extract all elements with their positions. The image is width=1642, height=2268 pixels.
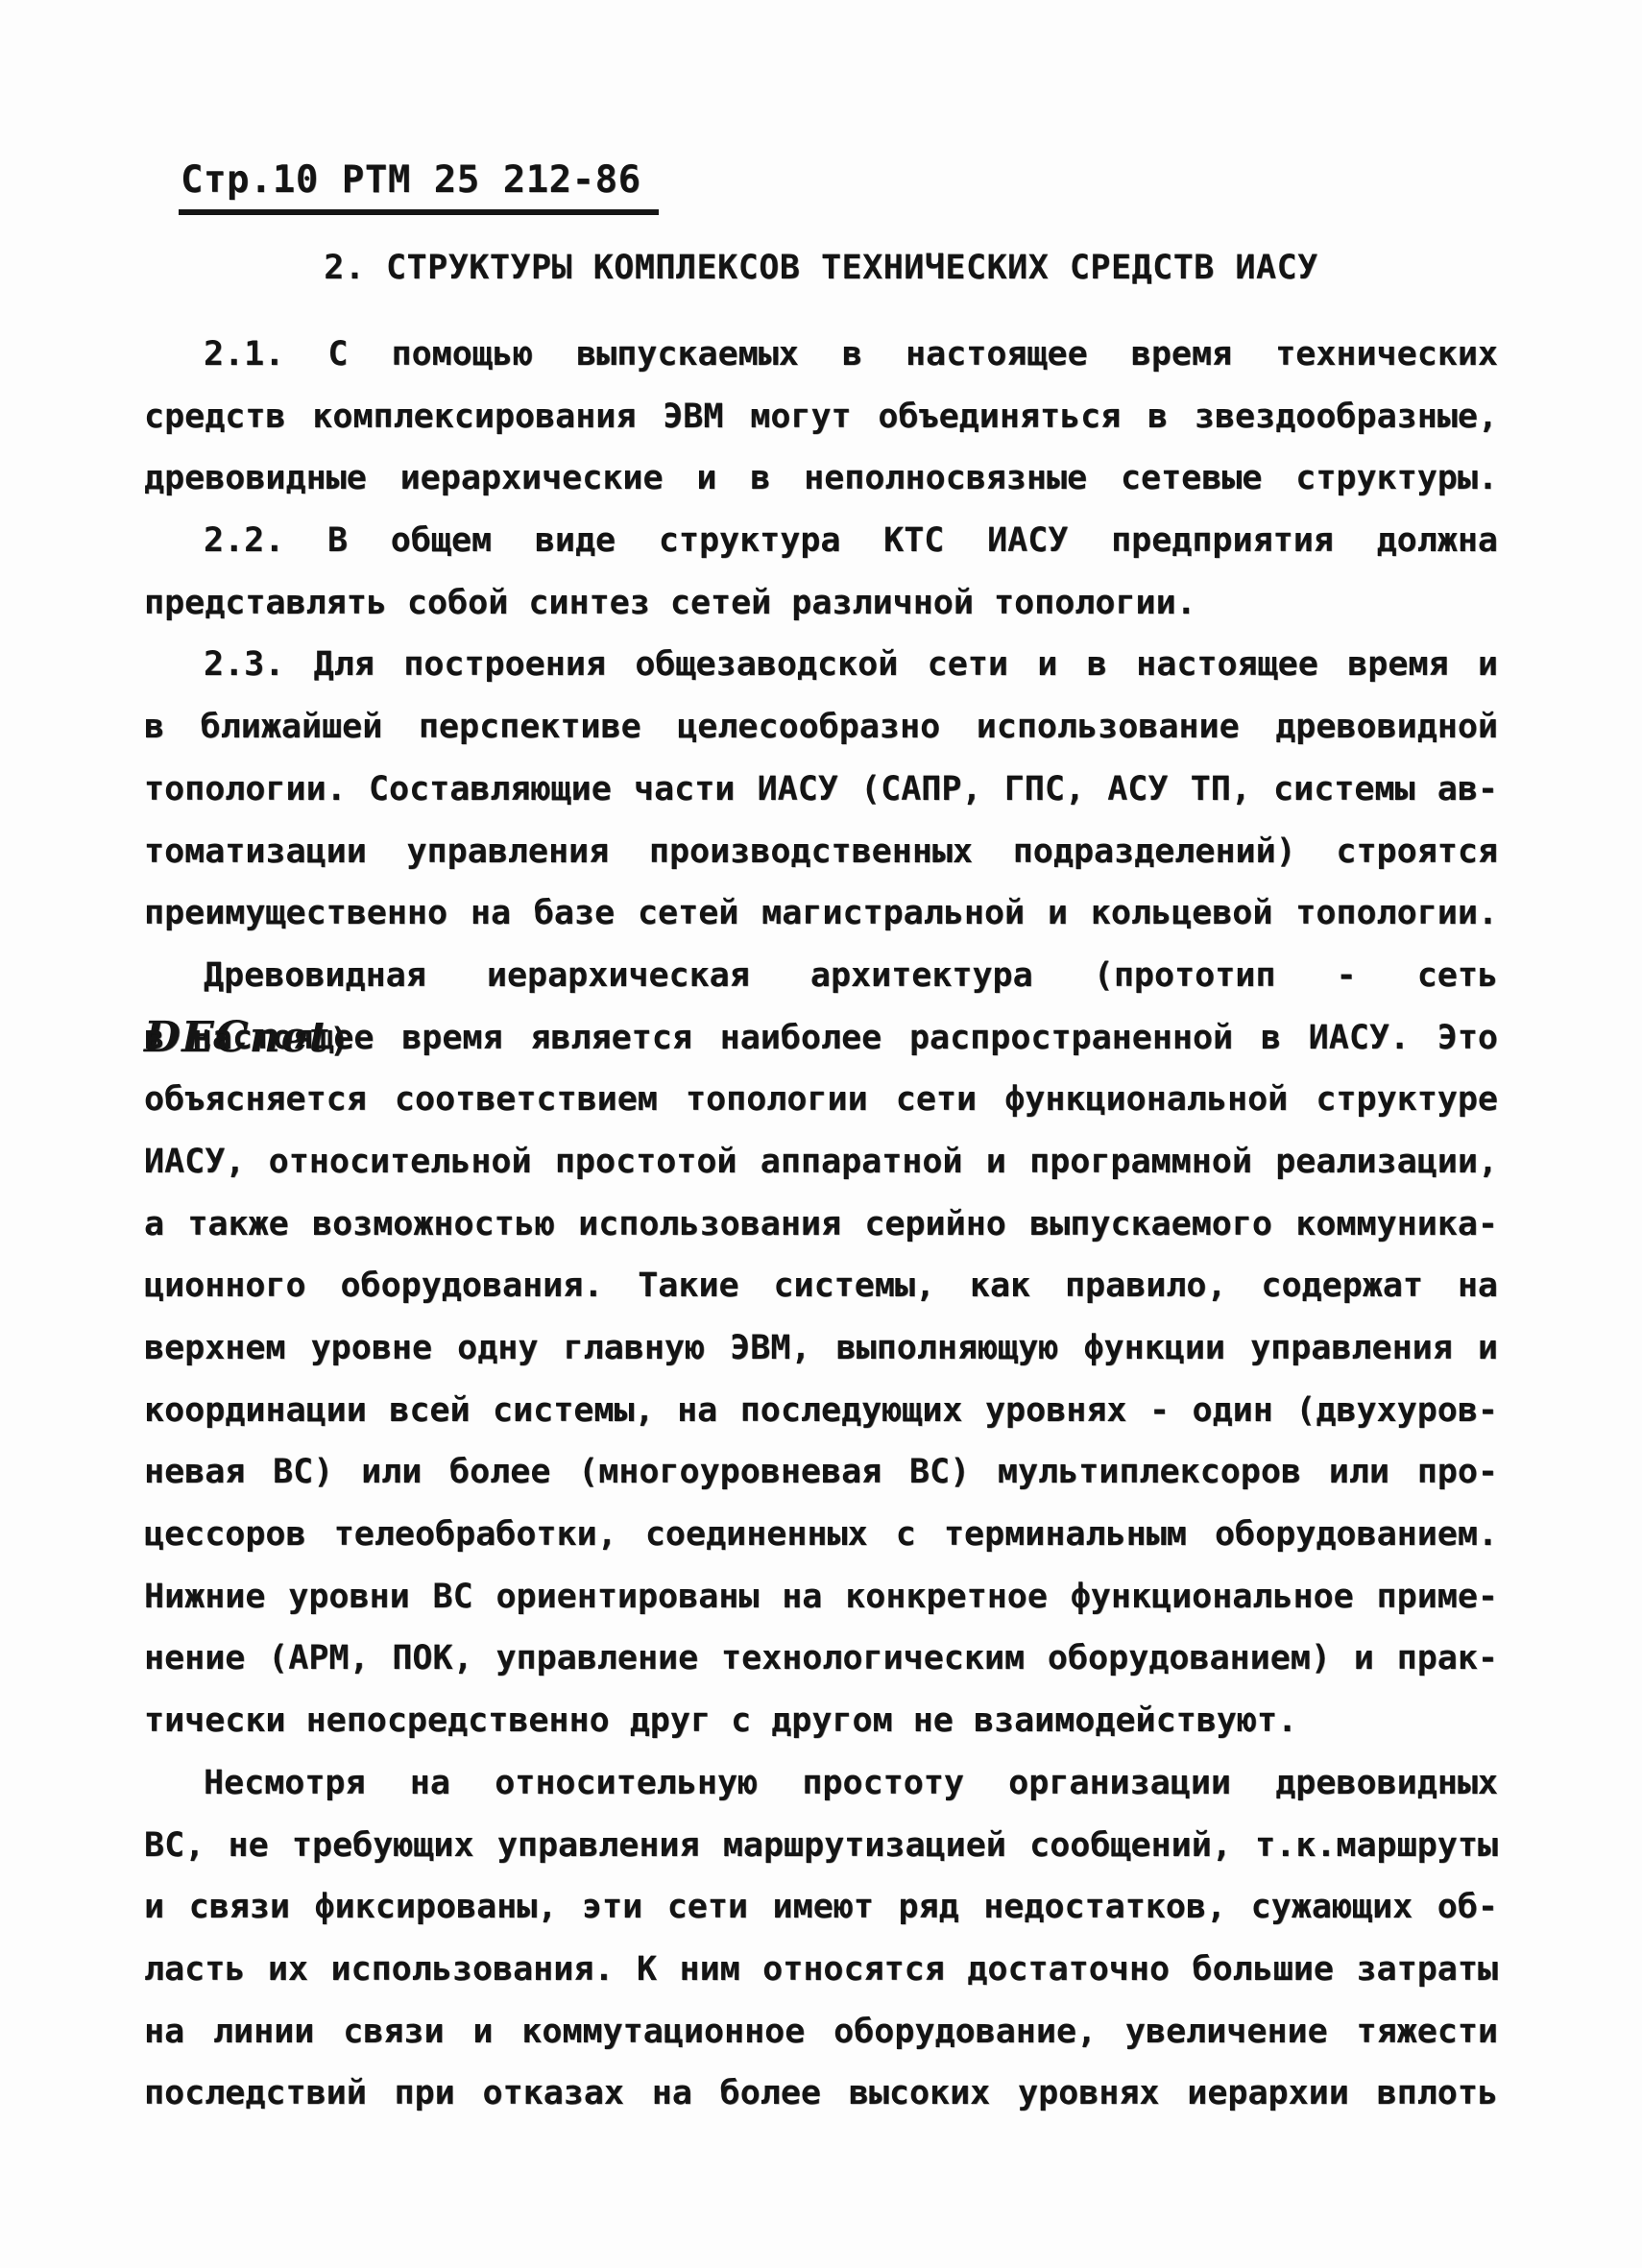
text-line: 2.3. Для построения общезаводской сети и… <box>144 634 1498 696</box>
text-line: на линии связи и коммутационное оборудов… <box>144 2001 1498 2063</box>
text-line: Нижние уровни ВС ориентированы на конкре… <box>144 1566 1498 1629</box>
text-line: древовидные иерархические и в неполносвя… <box>144 447 1498 510</box>
text-line: в ближайшей перспективе целесообразно ис… <box>144 696 1498 759</box>
text-line: Древовидная иерархическая архитектура (п… <box>144 945 1498 1007</box>
text-line: объясняется соответствием топологии сети… <box>144 1069 1498 1131</box>
text-line: ИАСУ, относительной простотой аппаратной… <box>144 1131 1498 1194</box>
text-line: ВС, не требующих управления маршрутизаци… <box>144 1815 1498 1877</box>
text-line: Несмотря на относительную простоту орган… <box>144 1752 1498 1815</box>
text-line: преимущественно на базе сетей магистраль… <box>144 882 1498 945</box>
page-header: Стр.10 РТМ 25 212-86 <box>179 159 659 215</box>
text-line: последствий при отказах на более высоких… <box>144 2063 1498 2125</box>
text-line: невая ВС) или более (многоуровневая ВС) … <box>144 1441 1498 1504</box>
text-line: а также возможностью использования серий… <box>144 1194 1498 1256</box>
text-line: в настоящее время является наиболее расп… <box>144 1007 1498 1070</box>
document-body: 2.1. С помощью выпускаемых в настоящее в… <box>144 324 1498 2125</box>
text-line: 2.1. С помощью выпускаемых в настоящее в… <box>144 324 1498 386</box>
text-line: ласть их использования. К ним относятся … <box>144 1939 1498 2001</box>
text-line: топологии. Составляющие части ИАСУ (САПР… <box>144 759 1498 821</box>
text-line: координации всей системы, на последующих… <box>144 1380 1498 1442</box>
text-line: тически непосредственно друг с другом не… <box>144 1690 1498 1752</box>
text-line: 2.2. В общем виде структура КТС ИАСУ пре… <box>144 510 1498 572</box>
text-line: ционного оборудования. Такие системы, ка… <box>144 1255 1498 1317</box>
section-heading: 2. СТРУКТУРЫ КОМПЛЕКСОВ ТЕХНИЧЕСКИХ СРЕД… <box>144 246 1498 290</box>
text-line: цессоров телеобработки, соединенных с те… <box>144 1504 1498 1566</box>
text-line: и связи фиксированы, эти сети имеют ряд … <box>144 1876 1498 1939</box>
text-line: средств комплексирования ЭВМ могут объед… <box>144 386 1498 448</box>
text-line: томатизации управления производственных … <box>144 821 1498 883</box>
text-line: представлять собой синтез сетей различно… <box>144 572 1498 635</box>
text-line: верхнем уровне одну главную ЭВМ, выполня… <box>144 1317 1498 1380</box>
text-line: нение (АРМ, ПОК, управление технологичес… <box>144 1628 1498 1690</box>
document-page: Стр.10 РТМ 25 212-86 2. СТРУКТУРЫ КОМПЛЕ… <box>0 0 1642 2268</box>
